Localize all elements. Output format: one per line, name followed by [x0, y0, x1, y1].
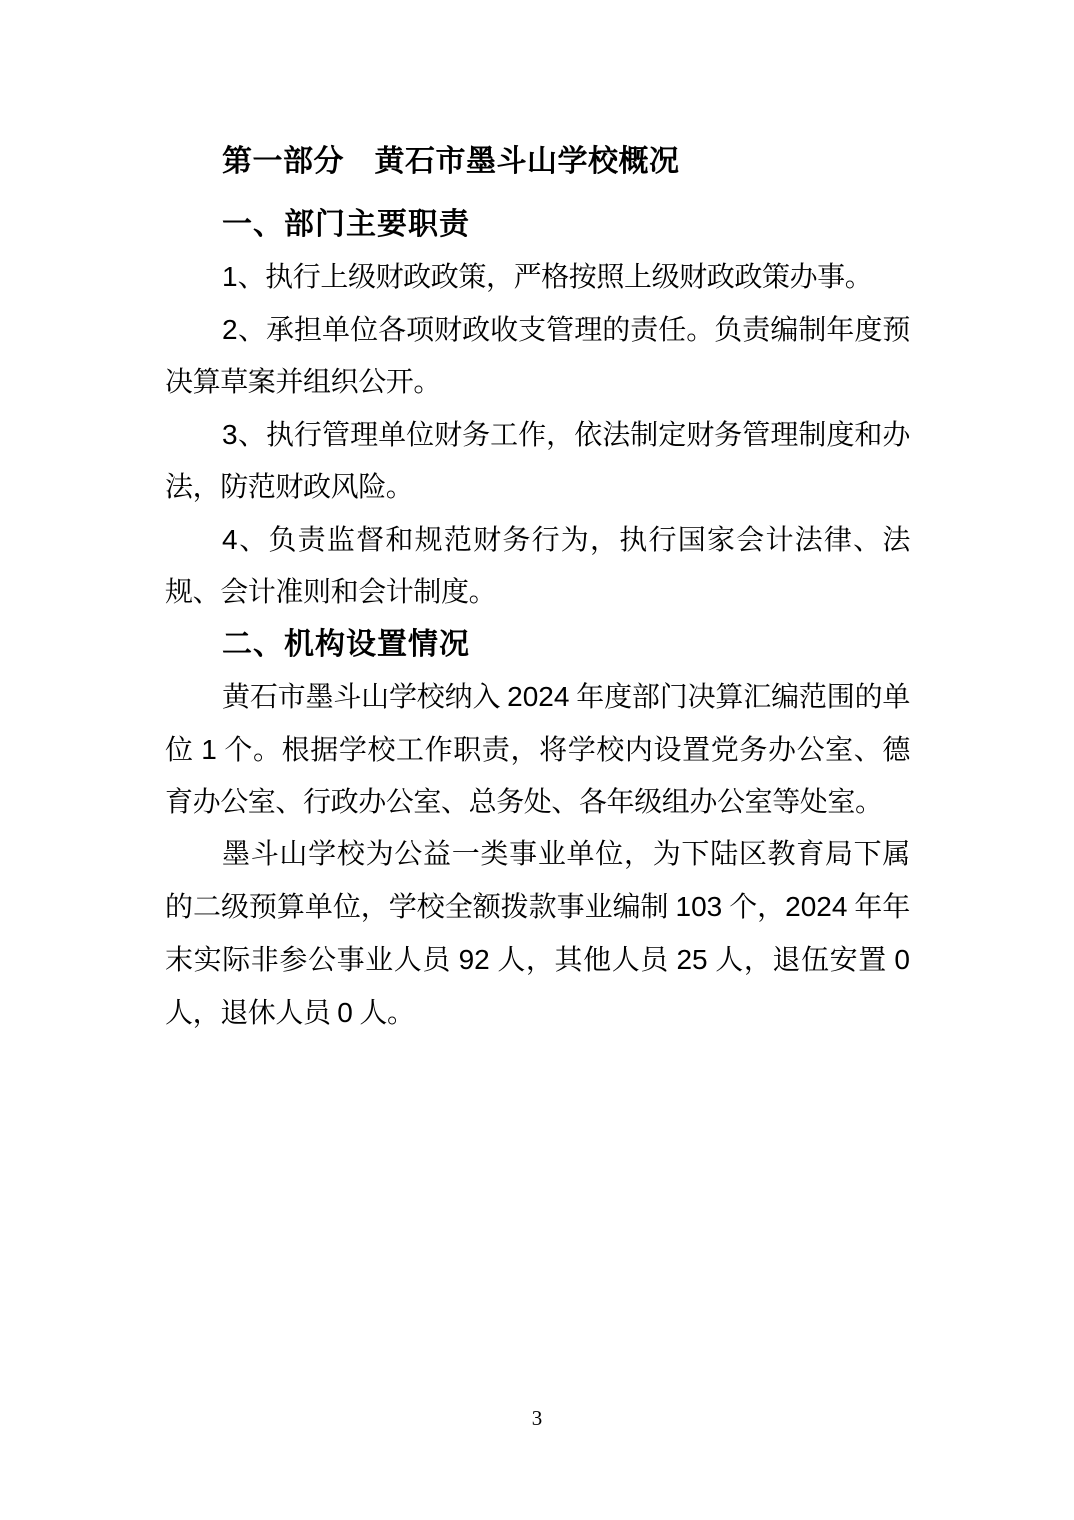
- paragraph-duty-2: 2、承担单位各项财政收支管理的责任。负责编制年度预决算草案并组织公开。: [165, 304, 910, 409]
- section-heading-organization: 二、机构设置情况: [165, 619, 910, 671]
- paragraph-duty-1: 1、执行上级财政政策，严格按照上级财政政策办事。: [165, 251, 910, 304]
- numeric-text: 4: [222, 524, 238, 555]
- document-title: 第一部分 黄石市墨斗山学校概况: [165, 136, 910, 188]
- numeric-text: 0: [894, 944, 910, 975]
- paragraph-org-2: 墨斗山学校为公益一类事业单位，为下陆区教育局下属的二级预算单位，学校全额拨款事业…: [165, 829, 910, 1040]
- numeric-text: 0: [337, 997, 353, 1028]
- numeric-text: 1: [201, 734, 217, 765]
- numeric-text: 92: [459, 944, 490, 975]
- numeric-text: 2024: [507, 681, 569, 712]
- section-heading-duties: 一、部门主要职责: [165, 199, 910, 251]
- numeric-text: 25: [676, 944, 707, 975]
- numeric-text: 2: [222, 314, 238, 345]
- numeric-text: 2024: [785, 891, 847, 922]
- numeric-text: 3: [222, 419, 238, 450]
- document-page: 第一部分 黄石市墨斗山学校概况 一、部门主要职责 1、执行上级财政政策，严格按照…: [0, 0, 1074, 1520]
- paragraph-duty-3: 3、执行管理单位财务工作，依法制定财务管理制度和办法，防范财政风险。: [165, 409, 910, 514]
- numeric-text: 1: [222, 261, 238, 292]
- page-number: 3: [0, 1403, 1074, 1433]
- document-body: 第一部分 黄石市墨斗山学校概况 一、部门主要职责 1、执行上级财政政策，严格按照…: [165, 136, 910, 1040]
- paragraph-org-1: 黄石市墨斗山学校纳入 2024 年度部门决算汇编范围的单位 1 个。根据学校工作…: [165, 671, 910, 829]
- numeric-text: 103: [676, 891, 723, 922]
- paragraph-duty-4: 4、负责监督和规范财务行为，执行国家会计法律、法规、会计准则和会计制度。: [165, 514, 910, 619]
